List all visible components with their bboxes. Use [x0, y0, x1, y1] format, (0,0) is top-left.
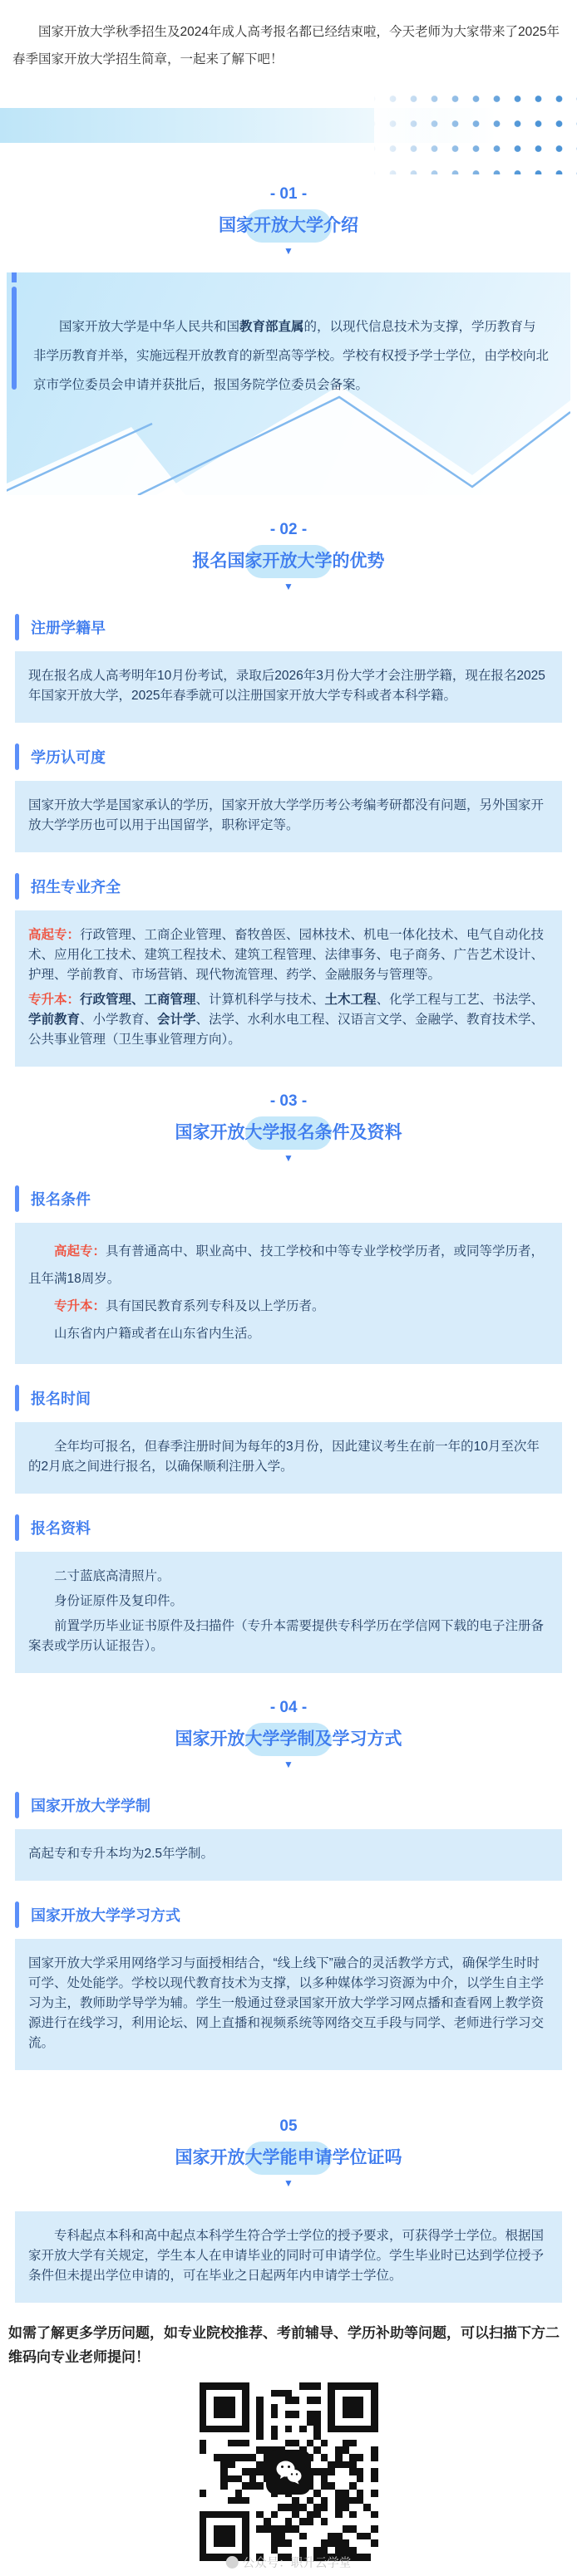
section-number: - 01 -: [0, 184, 577, 204]
degree-box: 专科起点本科和高中起点本科学生符合学士学位的授予要求，可获得学士学位。根据国家开…: [15, 2211, 562, 2303]
chevron-down-icon: ▼: [0, 1758, 577, 1771]
section-heading-2: - 02 - 报名国家开放大学的优势 ▼: [0, 520, 577, 593]
section-number: - 04 -: [0, 1698, 577, 1718]
qr-code[interactable]: [200, 2382, 378, 2561]
university-intro-text: 国家开放大学是中华人民共和国教育部直属的，以现代信息技术为支撑，学历教育与非学历…: [33, 312, 549, 400]
material-item: 身份证原件及复印件。: [28, 1592, 549, 1612]
accent-bar: [15, 743, 19, 770]
accent-bar: [15, 1514, 19, 1541]
accent-bar: [15, 1792, 19, 1818]
card-accent-bar: [12, 287, 17, 390]
body-text: 国家开放大学采用网络学习与面授相结合，“线上线下”融合的灵活教学方式，确保学生时…: [28, 1954, 549, 2053]
accent-bar: [15, 614, 19, 640]
intro-paragraph: 国家开放大学秋季招生及2024年成人高考报名都已经结束啦，今天老师为大家带来了2…: [12, 18, 565, 73]
section-title: 国家开放大学学制及学习方式: [175, 1725, 402, 1754]
section-title: 报名国家开放大学的优势: [193, 547, 385, 577]
gqz-label: 高起专：: [54, 1244, 106, 1259]
accent-bar: [15, 1385, 19, 1411]
study-mode-box: 国家开放大学采用网络学习与面授相结合，“线上线下”融合的灵活教学方式，确保学生时…: [15, 1939, 562, 2070]
material-item: 二寸蓝底高清照片。: [28, 1567, 549, 1587]
zsb-label: 专升本：: [28, 993, 80, 1007]
wechat-icon: [266, 2450, 311, 2495]
section-number: 05: [0, 2117, 577, 2137]
time-box: 全年均可报名，但春季注册时间为每年的3月份，因此建议考生在前一年的10月至次年的…: [15, 1422, 562, 1494]
body-text: 国家开放大学是国家承认的学历，国家开放大学学历考公考编考研都没有问题，另外国家开…: [28, 796, 549, 836]
section-heading-3: - 03 - 国家开放大学报名条件及资料 ▼: [0, 1092, 577, 1165]
banner-decoration: [0, 86, 577, 166]
body-text: 全年均可报名，但春季注册时间为每年的3月份，因此建议考生在前一年的10月至次年的…: [28, 1437, 549, 1477]
footer-cta: 如需了解更多学历问题，如专业院校推荐、考前辅导、学历补助等问题，可以扫描下方二维…: [8, 2321, 569, 2369]
chevron-down-icon: ▼: [0, 244, 577, 258]
register-early-box: 现在报名成人高考明年10月份考试，录取后2026年3月份大学才会注册学籍，现在报…: [15, 651, 562, 723]
camera-icon: [226, 2556, 239, 2569]
condition-residence: 山东省内户籍或者在山东省内生活。: [28, 1320, 549, 1347]
section-title: 国家开放大学报名条件及资料: [175, 1118, 402, 1148]
subheader-conditions: 报名条件: [15, 1185, 577, 1213]
section-heading-5: 05 国家开放大学能申请学位证吗 ▼: [0, 2117, 577, 2190]
accent-bar: [15, 1185, 19, 1212]
conditions-box: 高起专：具有普通高中、职业高中、技工学校和中等专业学校学历者，或同等学历者，且年…: [15, 1223, 562, 1364]
section-title: 国家开放大学介绍: [219, 211, 358, 241]
university-intro-card: 国家开放大学是中华人民共和国教育部直属的，以现代信息技术为支撑，学历教育与非学历…: [7, 272, 570, 495]
subheader-time: 报名时间: [15, 1384, 577, 1412]
body-text: 高起专和专升本均为2.5年学制。: [28, 1844, 549, 1864]
body-text: 专科起点本科和高中起点本科学生符合学士学位的授予要求，可获得学士学位。根据国家开…: [28, 2226, 549, 2286]
section-number: - 03 -: [0, 1092, 577, 1111]
majors-zhuanshengben: 专升本：行政管理、工商管理、计算机科学与技术、土木工程、化学工程与工艺、书法学、…: [28, 990, 549, 1050]
accent-bar: [15, 1901, 19, 1928]
section-heading-1: - 01 - 国家开放大学介绍 ▼: [0, 184, 577, 258]
gqz-label: 高起专：: [28, 928, 80, 942]
card-accent-square: [12, 272, 17, 282]
subheader-register-early: 注册学籍早: [15, 613, 577, 641]
section-number: - 02 -: [0, 520, 577, 540]
material-item: 前置学历毕业证书原件及扫描件（专升本需要提供专科学历在学信网下载的电子注册备案表…: [28, 1617, 549, 1656]
subheader-recognition: 学历认可度: [15, 743, 577, 771]
qr-block: 公众号：职升云学堂: [180, 2382, 397, 2576]
zsb-label: 专升本：: [54, 1299, 106, 1313]
chevron-down-icon: ▼: [0, 1151, 577, 1165]
accent-bar: [15, 873, 19, 900]
section-heading-4: - 04 - 国家开放大学学制及学习方式 ▼: [0, 1698, 577, 1771]
condition-zsb: 专升本：具有国民教育系列专科及以上学历者。: [28, 1293, 549, 1320]
condition-gqz: 高起专：具有普通高中、职业高中、技工学校和中等专业学校学历者，或同等学历者，且年…: [28, 1238, 549, 1293]
subheader-duration: 国家开放大学学制: [15, 1791, 577, 1819]
watermark: 公众号：职升云学堂: [226, 2554, 352, 2571]
subheader-study-mode: 国家开放大学学习方式: [15, 1901, 577, 1929]
subheader-majors: 招生专业齐全: [15, 872, 577, 900]
body-text: 现在报名成人高考明年10月份考试，录取后2026年3月份大学才会注册学籍，现在报…: [28, 666, 549, 706]
subheader-materials: 报名资料: [15, 1514, 577, 1542]
materials-box: 二寸蓝底高清照片。 身份证原件及复印件。 前置学历毕业证书原件及扫描件（专升本需…: [15, 1552, 562, 1673]
bold-phrase: 教育部直属: [239, 320, 304, 334]
chevron-down-icon: ▼: [0, 580, 577, 593]
duration-box: 高起专和专升本均为2.5年学制。: [15, 1829, 562, 1881]
majors-box: 高起专：行政管理、工商企业管理、畜牧兽医、园林技术、机电一体化技术、电气自动化技…: [15, 910, 562, 1067]
dot-grid-decoration: [374, 81, 577, 174]
majors-gaoqizhuan: 高起专：行政管理、工商企业管理、畜牧兽医、园林技术、机电一体化技术、电气自动化技…: [28, 925, 549, 985]
chevron-down-icon: ▼: [0, 2176, 577, 2190]
section-title: 国家开放大学能申请学位证吗: [175, 2143, 402, 2173]
recognition-box: 国家开放大学是国家承认的学历，国家开放大学学历考公考编考研都没有问题，另外国家开…: [15, 781, 562, 852]
